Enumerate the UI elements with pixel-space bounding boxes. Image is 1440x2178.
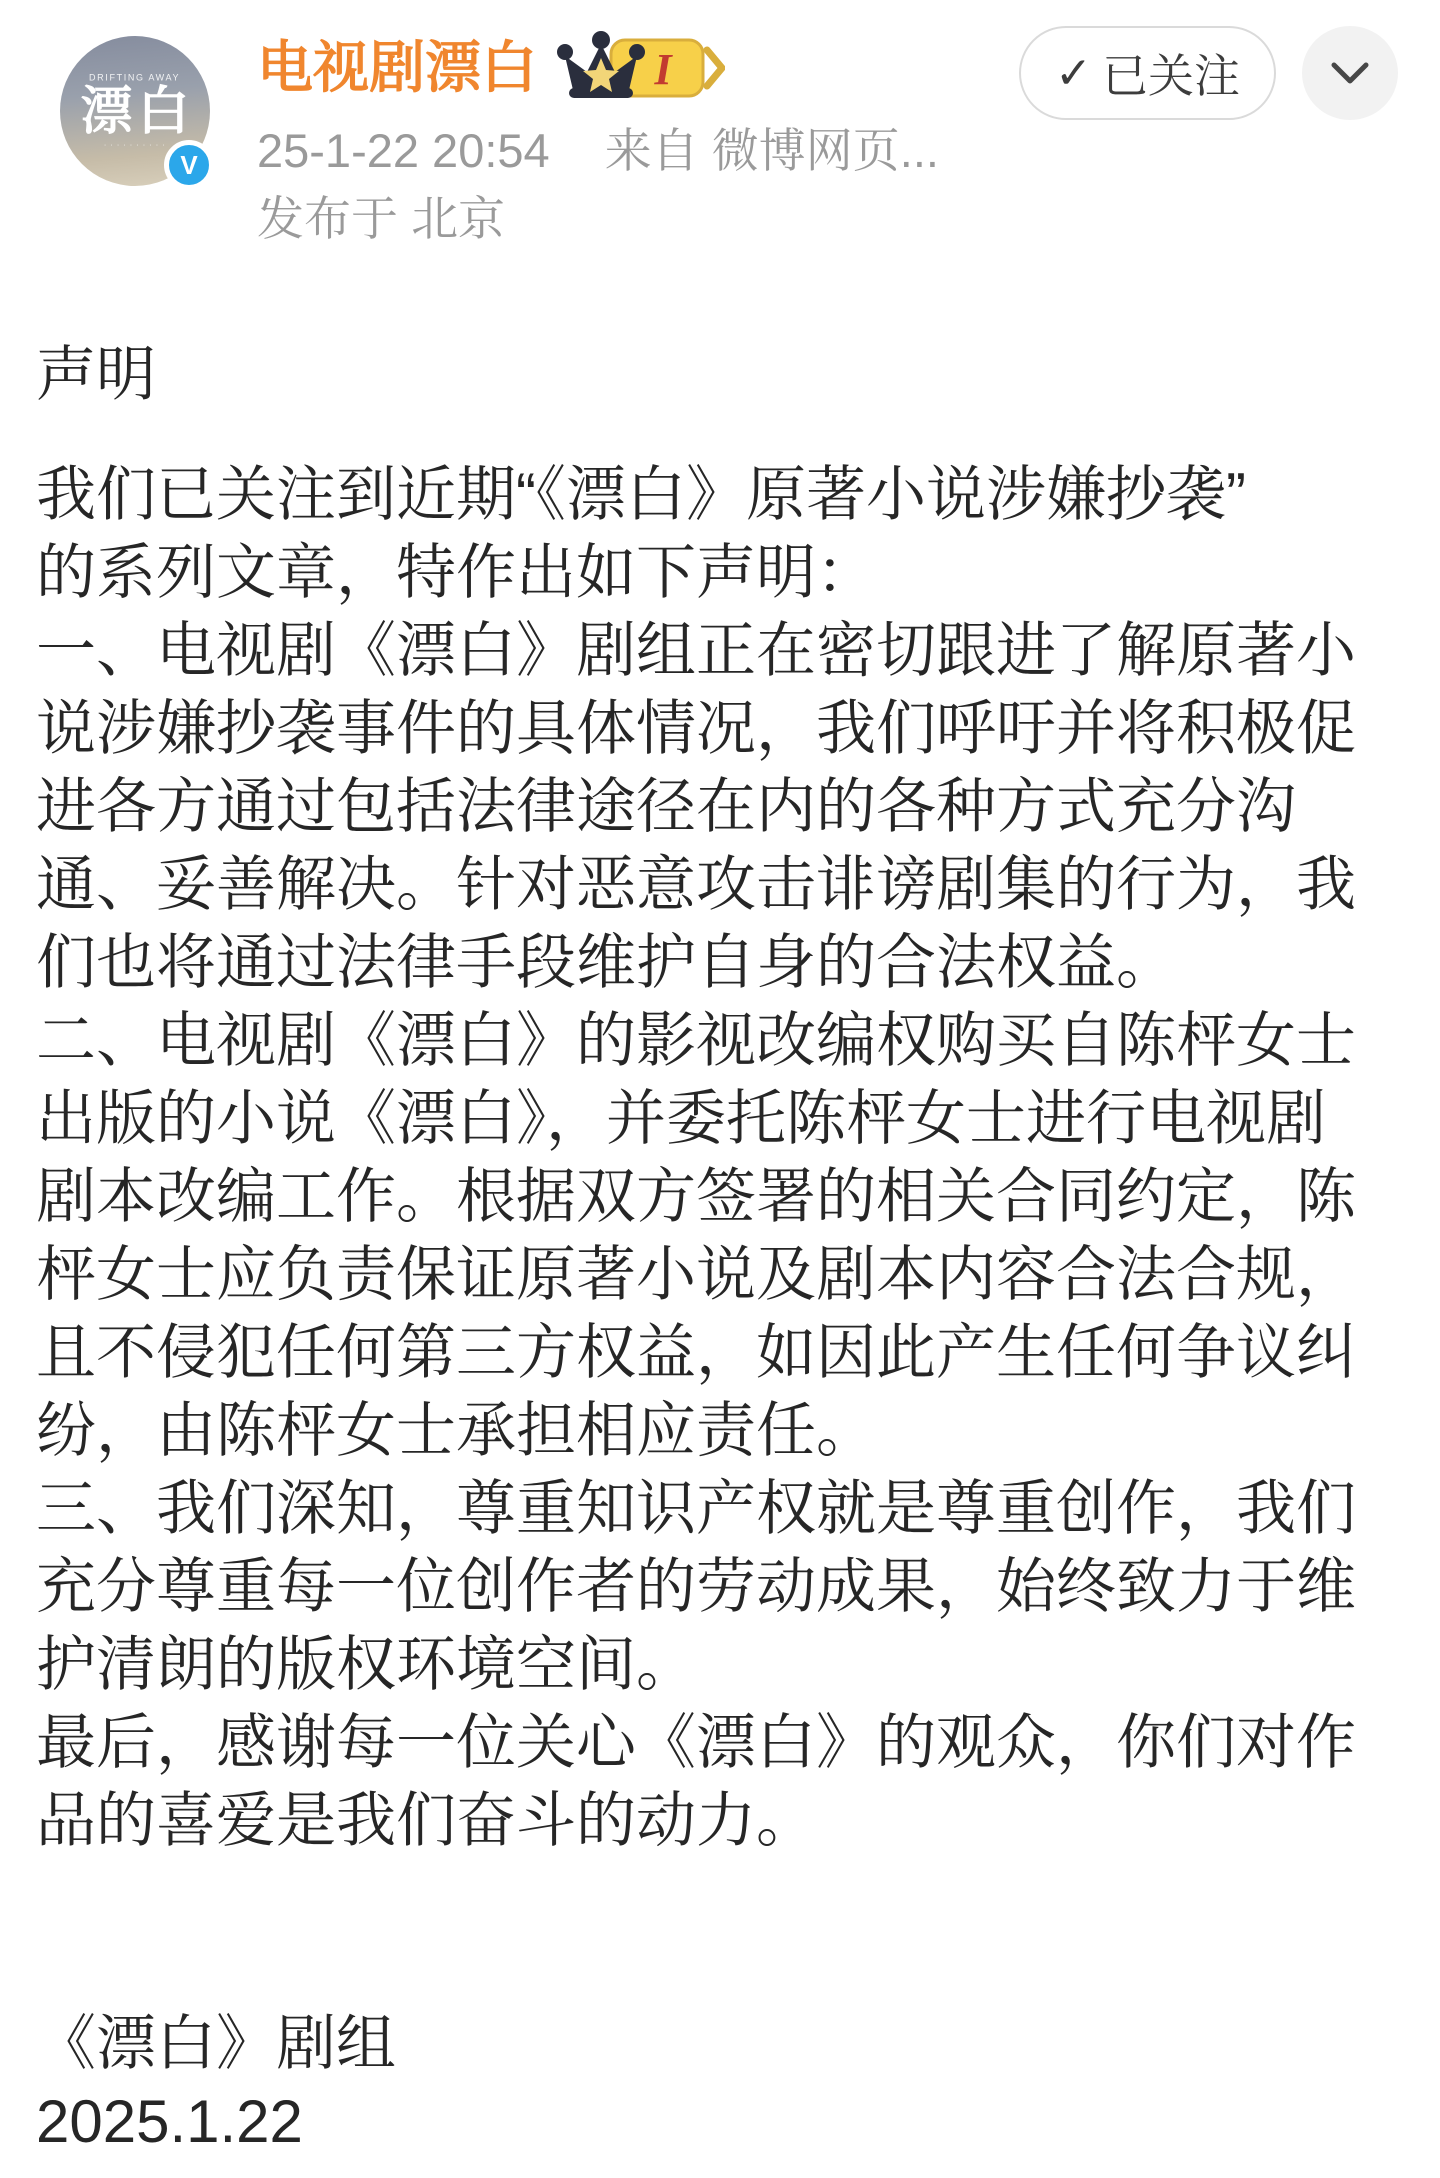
- post-text-line: 剧本改编工作。根据双方签署的相关合同约定，陈: [36, 1158, 1410, 1236]
- post-text-line: 通、妥善解决。针对恶意攻击诽谤剧集的行为，我: [36, 846, 1410, 924]
- avatar-top-text: DRIFTING AWAY: [89, 73, 180, 83]
- post-text-line: 说涉嫌抄袭事件的具体情况，我们呼吁并将积极促: [36, 690, 1410, 768]
- verified-letter: V: [180, 150, 197, 181]
- post-meta-line: 25-1-22 20:54 来自 微博网页...: [257, 124, 939, 178]
- check-icon: ✓: [1055, 48, 1092, 99]
- post-header: DRIFTING AWAY 漂白 · · · · · · · · · · V 电…: [0, 0, 1440, 296]
- avatar-bottom-text: · · · · · · · · · ·: [104, 141, 166, 150]
- post-text-line: 二、电视剧《漂白》的影视改编权购买自陈枰女士: [36, 1002, 1410, 1080]
- post-text-line: 最后，感谢每一位关心《漂白》的观众，你们对作: [36, 1704, 1410, 1782]
- post-source-link[interactable]: 微博网页...: [712, 124, 939, 177]
- post-text-line: 三、我们深知，尊重知识产权就是尊重创作，我们: [36, 1470, 1410, 1548]
- post-text-line: 品的喜爱是我们奋斗的动力。: [36, 1782, 1410, 1860]
- post-text: 我们已关注到近期“《漂白》原著小说涉嫌抄袭”的系列文章，特作出如下声明：一、电视…: [36, 456, 1410, 1860]
- post-location-line: 发布于 北京: [257, 192, 939, 246]
- post-text-line: 一、电视剧《漂白》剧组正在密切跟进了解原著小: [36, 612, 1410, 690]
- location-prefix: 发布于: [257, 192, 398, 245]
- post-signature: 《漂白》剧组: [36, 2005, 1410, 2083]
- weibo-post-screen: DRIFTING AWAY 漂白 · · · · · · · · · · V 电…: [0, 0, 1440, 2178]
- post-title: 声明: [36, 336, 1410, 414]
- post-location: 北京: [411, 192, 505, 245]
- post-signature-date: 2025.1.22: [36, 2083, 1410, 2161]
- post-text-line: 的系列文章，特作出如下声明：: [36, 534, 1410, 612]
- source-prefix: 来自: [605, 124, 699, 177]
- post-text-line: 纷，由陈枰女士承担相应责任。: [36, 1392, 1410, 1470]
- post-text-line: 充分尊重每一位创作者的劳动成果，始终致力于维: [36, 1548, 1410, 1626]
- chevron-down-icon: [1330, 61, 1370, 85]
- avatar-main-text: 漂白: [75, 84, 194, 140]
- post-text-line: 们也将通过法律手段维护自身的合法权益。: [36, 924, 1410, 1002]
- username[interactable]: 电视剧漂白: [257, 36, 537, 100]
- vip-level-text: I: [653, 45, 673, 94]
- post-text-line: 护清朗的版权环境空间。: [36, 1626, 1410, 1704]
- post-text-line: 出版的小说《漂白》，并委托陈枰女士进行电视剧: [36, 1080, 1410, 1158]
- post-text-line: 且不侵犯任何第三方权益，如因此产生任何争议纠: [36, 1314, 1410, 1392]
- post-text-line: 我们已关注到近期“《漂白》原著小说涉嫌抄袭”: [36, 456, 1410, 534]
- user-block: 电视剧漂白 I: [257, 30, 939, 246]
- chevron-down-button[interactable]: [1302, 26, 1398, 120]
- avatar[interactable]: DRIFTING AWAY 漂白 · · · · · · · · · · V: [60, 36, 210, 186]
- post-text-line: 枰女士应负责保证原著小说及剧本内容合法合规，: [36, 1236, 1410, 1314]
- post-text-line: 进各方通过包括法律途径在内的各种方式充分沟: [36, 768, 1410, 846]
- following-button-label: 已关注: [1102, 40, 1240, 106]
- post-content: 声明 我们已关注到近期“《漂白》原著小说涉嫌抄袭”的系列文章，特作出如下声明：一…: [0, 296, 1440, 2161]
- following-button[interactable]: ✓ 已关注: [1019, 26, 1276, 120]
- header-actions: ✓ 已关注: [1019, 26, 1398, 120]
- verified-badge-icon: V: [164, 140, 214, 190]
- post-time: 25-1-22 20:54: [257, 124, 550, 177]
- vip-crown-badge-icon[interactable]: I: [555, 30, 725, 106]
